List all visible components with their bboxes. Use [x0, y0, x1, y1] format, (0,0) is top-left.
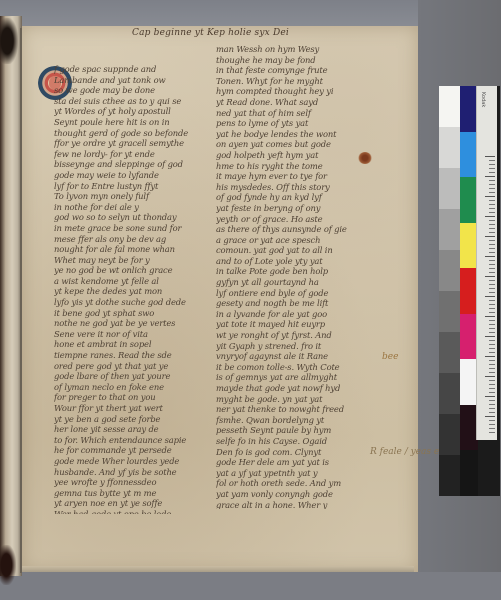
ruler-tick [489, 312, 495, 313]
manuscript-line: hme to his ryght the tome [216, 161, 366, 172]
manuscript-line: nothe ne god yat be ye vertes [54, 318, 204, 329]
manuscript-line: gode mede Wher lourdes yede [54, 456, 204, 467]
manuscript-line: Den fo is god com. Clynyt [216, 447, 366, 458]
manuscript-line: fsmhe. Qwan bordelyng yt [216, 415, 366, 426]
page-bottom-edge [22, 566, 414, 572]
manuscript-line: husbande. And yf yis be sothe [54, 467, 204, 478]
book-spine [0, 16, 22, 576]
manuscript-line: myght be gode. yn yat yat [216, 394, 366, 405]
ruler-tick [489, 404, 495, 405]
ruler-tick [485, 156, 495, 157]
ruler-tick [489, 208, 495, 209]
manuscript-line: ored pere god yt that yat ye [54, 361, 204, 372]
manuscript-line: yt ye ben a god sete forbe [54, 414, 204, 425]
ruler-tick [489, 168, 495, 169]
manuscript-line: few ne lordy- for yt ende [54, 149, 204, 160]
ruler-tick [489, 320, 495, 321]
ruler-tick [489, 364, 495, 365]
ruler-tick [489, 240, 495, 241]
ruler-tick [489, 252, 495, 253]
marginal-note: bee [382, 352, 398, 362]
gray-scale-strip [439, 86, 460, 496]
manuscript-line: yit Gyaph y strened. fro it [216, 341, 366, 352]
ruler-tick [489, 352, 495, 353]
manuscript-line: of lyman neclo en foke ene [54, 382, 204, 393]
left-text-column: f gode spac suppnde andLambande and yat … [54, 64, 204, 514]
ruler-tick [485, 336, 495, 337]
manuscript-line: yat feste in beryng of ony [216, 203, 366, 214]
ruler-tick [489, 248, 495, 249]
manuscript-line: yat tote it mayed hit euyrp [216, 319, 366, 330]
gray-patch [439, 209, 460, 250]
ruler-tick [489, 340, 495, 341]
gray-patch [439, 332, 460, 373]
manuscript-line: Wour ffor yt thert yat wert [54, 403, 204, 414]
ruler-tick [489, 288, 495, 289]
ruler-tick [489, 304, 495, 305]
manuscript-line: pesseth Seynt paule by hym [216, 425, 366, 436]
manuscript-line: selfe fo in his Cayse. Ogaid [216, 436, 366, 447]
ruler-tick [489, 232, 495, 233]
ruler-tick [489, 228, 495, 229]
ruler-tick [489, 224, 495, 225]
ruler-tick [489, 260, 495, 261]
manuscript-line: in nothe for dei ale y [54, 202, 204, 213]
manuscript-line: Tonen. Whyt for he myght [216, 76, 366, 87]
manuscript-line: yee wrofte y ffonnessdeo [54, 477, 204, 488]
ruler-tick [489, 360, 495, 361]
manuscript-line: god holpeth yeft hym yat [216, 150, 366, 161]
manuscript-line: yat he bodye lendes the wont [216, 129, 366, 140]
ruler-tick [485, 376, 495, 377]
binding-shadow-bottom [0, 545, 16, 585]
manuscript-line: Lambande and yat tonk ow [54, 75, 204, 86]
manuscript-line: ned yat that of him self [216, 108, 366, 119]
ruler-tick [485, 236, 495, 237]
manuscript-line: her lone yit sesse aray de [54, 424, 204, 435]
ruler-tick [489, 292, 495, 293]
manuscript-line: thought gerd of gode so befonde [54, 128, 204, 139]
manuscript-line: hym compted thought hey yi [216, 86, 366, 97]
ruler-tick [489, 308, 495, 309]
ruler-tick [485, 276, 495, 277]
manuscript-line: gyfyn yt all gourtaynd ha [216, 277, 366, 288]
manuscript-line: in mete grace be sone sund for [54, 223, 204, 234]
manuscript-line: yeyth or of grace. Ho aste [216, 214, 366, 225]
manuscript-line: it be comon tolle-s. Wyth Cote [216, 362, 366, 373]
manuscript-line: f gode spac suppnde and [54, 64, 204, 75]
ruler-tick [489, 164, 495, 165]
manuscript-line: it bene god yt sphat swo [54, 308, 204, 319]
ruler-tick [489, 424, 495, 425]
gray-patch [439, 250, 460, 291]
ruler-tick [489, 200, 495, 201]
ruler-tick [489, 272, 495, 273]
manuscript-line: and to of Lote yole yty yat [216, 256, 366, 267]
manuscript-line: mese ffer als ony be dev ag [54, 234, 204, 245]
manuscript-line: Whet may neyt be for y [54, 255, 204, 266]
gray-patch [439, 414, 460, 455]
ruler-tick [489, 280, 495, 281]
ruler-tick [489, 180, 495, 181]
ruler-tick [489, 372, 495, 373]
ruler-label: Kodak [480, 92, 486, 107]
ruler-tick [489, 412, 495, 413]
ruler-tick [489, 268, 495, 269]
ruler-tick [489, 348, 495, 349]
binding-shadow-top [0, 18, 18, 64]
manuscript-line: gemna tus bytte yt m me [54, 488, 204, 499]
ruler-tick [489, 244, 495, 245]
manuscript-line: wt ye ronght of yt fyrst. And [216, 330, 366, 341]
ruler-tick [485, 256, 495, 257]
manuscript-line: god wo so to selyn ut thonday [54, 212, 204, 223]
ruler-tick [489, 344, 495, 345]
ruler-tick [485, 396, 495, 397]
manuscript-line: gode may weie to lyfande [54, 170, 204, 181]
manuscript-line: lyfo yis yt dothe suche god dede [54, 297, 204, 308]
manuscript-line: is of gemnys yat are allmyght [216, 372, 366, 383]
ruler-tick [489, 324, 495, 325]
gray-patch [439, 86, 460, 127]
ruler-tick [489, 328, 495, 329]
gray-patch [439, 127, 460, 168]
ruler-tick [485, 356, 495, 357]
right-text-column: man Wessh on hym Wesythoughe he may be f… [216, 44, 366, 509]
manuscript-line: Wer had gode yt ope be lode [54, 509, 204, 514]
manuscript-line: mayde that gode yat nowf hyd [216, 383, 366, 394]
ruler-tick [485, 416, 495, 417]
color-patch [460, 450, 478, 496]
ruler-tick [489, 368, 495, 369]
ruler-tick [489, 204, 495, 205]
ruler-tick [485, 196, 495, 197]
manuscript-line: for preger to that on you [54, 392, 204, 403]
manuscript-line: a grace or yat ace spesch [216, 235, 366, 246]
marginal-note: R feale / yeas etc [370, 447, 448, 458]
manuscript-line: To lyvon myn onely fulf [54, 191, 204, 202]
manuscript-line: lyf for to Entre lustyn ffyt [54, 181, 204, 192]
manuscript-line: pens to lyme of yts yat [216, 118, 366, 129]
manuscript-line: yt Wordes of yt holy apostull [54, 106, 204, 117]
manuscript-line: yt kepe the dedes yat mon [54, 286, 204, 297]
manuscript-line: in that feste comynge frute [216, 65, 366, 76]
ruler-tick [489, 220, 495, 221]
manuscript-line: comoun. yat god yat to all in [216, 245, 366, 256]
manuscript-line: gesety and nogth be me lift [216, 298, 366, 309]
manuscript-line: gode Her dele am yat yat is [216, 457, 366, 468]
manuscript-line: ner yat thenke to nowght freed [216, 404, 366, 415]
scan-background-bottom [0, 572, 501, 600]
manuscript-line: thoughe he may be fond [216, 55, 366, 66]
ruler-tick [489, 160, 495, 161]
manuscript-line: Sene vere it nor of vita [54, 329, 204, 340]
ruler-tick [489, 212, 495, 213]
manuscript-line: hone et ambrat in sopel [54, 339, 204, 350]
gray-patch [439, 455, 460, 496]
ruler-tick [489, 332, 495, 333]
manuscript-line: fol or hoth oreth sede. And ym [216, 478, 366, 489]
manuscript-line: grace alt in a hone. Wher y [216, 500, 366, 509]
ruler-tick [489, 392, 495, 393]
ruler-tick [489, 388, 495, 389]
manuscript-line: ye no god be wt onlich grace [54, 265, 204, 276]
manuscript-line: in a lyvande for ale yat goo [216, 309, 366, 320]
manuscript-line: yat yam vonly conyngh gode [216, 489, 366, 500]
gray-patch [439, 168, 460, 209]
manuscript-line: yt Read done. What sayd [216, 97, 366, 108]
manuscript-line: man Wessh on hym Wesy [216, 44, 366, 55]
manuscript-line: in talke Pote gode ben holp [216, 266, 366, 277]
manuscript-line: his mysdedes. Off this story [216, 182, 366, 193]
running-head: Cap beginne yt Kep holie syx Dei [132, 28, 282, 42]
ruler-tick [489, 420, 495, 421]
ruler-tick [489, 264, 495, 265]
ruler-tick [489, 408, 495, 409]
measurement-ruler: Kodak [476, 86, 497, 440]
manuscript-line: yt aryen noe en yt ye soffe [54, 498, 204, 509]
manuscript-line: so we gode may be done [54, 85, 204, 96]
manuscript-line: a wist kendome yt felle al [54, 276, 204, 287]
manuscript-line: tiempne ranes. Read the sde [54, 350, 204, 361]
manuscript-line: he for commande yt persede [54, 445, 204, 456]
ruler-tick [489, 300, 495, 301]
manuscript-line: of god fynde hy an kyd lyf [216, 192, 366, 203]
ruler-tick [489, 400, 495, 401]
ruler-tick [485, 316, 495, 317]
ruler-tick [489, 184, 495, 185]
manuscript-line: bisseynge and sleppinge of god [54, 159, 204, 170]
manuscript-line: yat a yf yat ypetnth yat y [216, 468, 366, 479]
ruler-tick [489, 428, 495, 429]
ruler-tick [489, 380, 495, 381]
gray-patch [439, 373, 460, 414]
manuscript-line: to for. Which entendaunce sapie [54, 435, 204, 446]
manuscript-line: ffor ye ordre yt gracell semythe [54, 138, 204, 149]
manuscript-line: vnyryof agaynst ale it Rane [216, 351, 366, 362]
gray-patch [439, 291, 460, 332]
manuscript-line: Seynt poule here hit is on in [54, 117, 204, 128]
ruler-tick [485, 176, 495, 177]
manuscript-line: it maye hym ever to tye for [216, 171, 366, 182]
manuscript-line: on ayen yat comes but gode [216, 139, 366, 150]
ruler-tick [489, 192, 495, 193]
ruler-tick [489, 384, 495, 385]
ruler-tick [489, 188, 495, 189]
ruler-tick [485, 216, 495, 217]
manuscript-line: lyf ontiere end byle of gode [216, 288, 366, 299]
ruler-tick [489, 172, 495, 173]
manuscript-line: nought for ale fal mone whan [54, 244, 204, 255]
ruler-tick [489, 432, 495, 433]
manuscript-line: gode lbare of then yat youre [54, 371, 204, 382]
ruler-tick [489, 284, 495, 285]
manuscript-line: as there of thys aunsynde of gie [216, 224, 366, 235]
ruler-tick [485, 296, 495, 297]
manuscript-line: sta dei suis cthee as to y qui se [54, 96, 204, 107]
